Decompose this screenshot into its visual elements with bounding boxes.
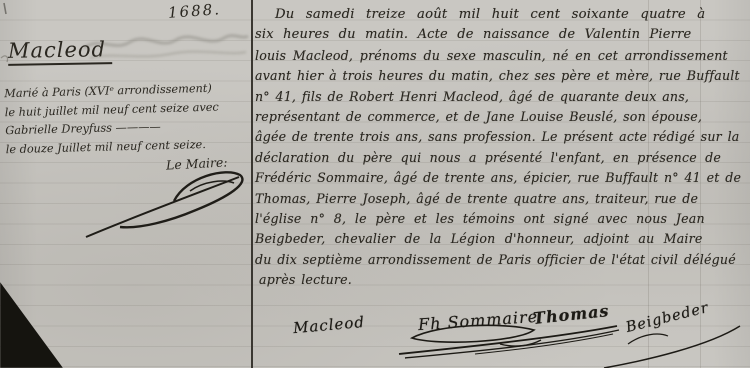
signature-father: Macleod bbox=[292, 313, 365, 337]
act-body-line: louis Macleod, prénoms du sexe masculin,… bbox=[255, 46, 747, 66]
marriage-margin-note: Marié à Paris (XVIᵉ arrondissement) le h… bbox=[4, 79, 252, 160]
act-body-line: Frédéric Sommaire, âgé de trente ans, ép… bbox=[255, 168, 747, 188]
act-body-line: n° 41, fils de Robert Henri Macleod, âgé… bbox=[255, 87, 747, 107]
act-body-line: représentant de commerce, et de Jane Lou… bbox=[255, 107, 747, 127]
thomas-signature-flourish bbox=[395, 320, 623, 360]
act-body-line: Beigbeder, chevalier de la Légion d'honn… bbox=[255, 229, 747, 249]
act-body-line: Thomas, Pierre Joseph, âgé de trente qua… bbox=[255, 189, 747, 209]
act-body-line: avant hier à trois heures du matin, chez… bbox=[255, 66, 747, 86]
margin-rule bbox=[251, 0, 253, 368]
margin-surname: Macleod bbox=[8, 37, 112, 66]
act-body-line: âgée de trente trois ans, sans professio… bbox=[255, 127, 747, 147]
civil-register-page: 1688. Macleod Marié à Paris (XVIᵉ arrond… bbox=[0, 0, 750, 368]
act-body-line: après lecture. bbox=[255, 270, 747, 290]
act-body-line: l'église n° 8, le père et les témoins on… bbox=[255, 209, 747, 229]
torn-corner bbox=[0, 282, 63, 368]
act-body-line: Du samedi treize août mil huit cent soix… bbox=[255, 5, 747, 25]
act-body-line: déclaration du père qui nous a présenté … bbox=[255, 148, 747, 168]
act-body-text: Du samedi treize août mil huit cent soix… bbox=[255, 0, 747, 290]
beigbeder-signature-flourish bbox=[598, 318, 750, 368]
act-body-line: du dix septième arrondissement de Paris … bbox=[255, 250, 747, 270]
mayor-signature-flourish bbox=[78, 165, 248, 245]
act-number: 1688. bbox=[167, 0, 221, 22]
act-body-line: six heures du matin. Acte de naissance d… bbox=[255, 25, 747, 45]
